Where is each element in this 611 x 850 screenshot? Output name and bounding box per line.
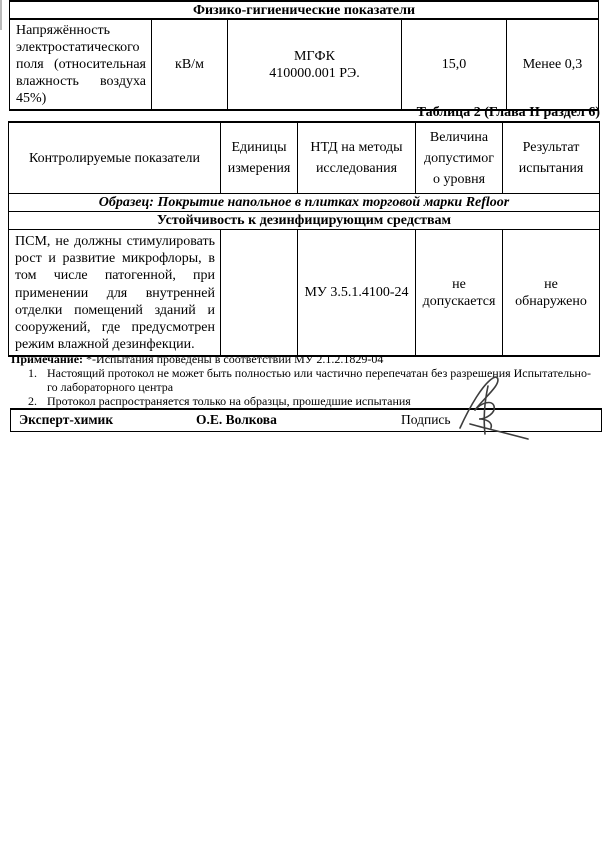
table2-indicator-cell: ПСМ, не должны стимулировать рост и разв… <box>9 230 221 357</box>
table1-indicator-cell: Напряжённость электростатического поля (… <box>10 19 152 110</box>
table2-unit-cell <box>221 230 298 357</box>
signature-label: Подпись <box>401 412 451 428</box>
table1-title-row: Физико-гигиенические показатели <box>10 1 599 19</box>
table2-header-indicators: Контролируемые показатели <box>9 122 221 194</box>
table1-test-result-cell: Менее 0,3 <box>507 19 599 110</box>
table1-title: Физико-гигиенические показатели <box>10 1 599 19</box>
controlled-indicators-table: Контролируемые показатели Единицы измере… <box>8 121 600 357</box>
protocol-document-page: Физико-гигиенические показатели Напряжён… <box>0 0 611 850</box>
sample-description: Образец: Покрытие напольное в плитках то… <box>9 194 600 212</box>
table1-method-cell: МГФК 410000.001 РЭ. <box>228 19 402 110</box>
physico-hygienic-table: Физико-гигиенические показатели Напряжён… <box>9 0 599 111</box>
note-head: Примечание: *-Испытания проведены в соот… <box>11 352 600 366</box>
table2-test-result-cell: не обнаружено <box>503 230 600 357</box>
table1-unit-cell: кВ/м <box>152 19 228 110</box>
table2-method-cell: МУ 3.5.1.4100-24 <box>298 230 416 357</box>
table-row: Напряжённость электростатического поля (… <box>10 19 599 110</box>
note-item-number: 1. <box>28 366 47 394</box>
table2-allowed-value-cell: не допускается <box>416 230 503 357</box>
table1-allowed-value-cell: 15,0 <box>402 19 507 110</box>
table2-header-methods: НТД на методы исследования <box>298 122 416 194</box>
expert-role: Эксперт-химик <box>19 412 113 428</box>
table2-header-row: Контролируемые показатели Единицы измере… <box>9 122 600 194</box>
table-row: ПСМ, не должны стимулировать рост и разв… <box>9 230 600 357</box>
note-label: Примечание: <box>11 352 83 366</box>
sample-row: Образец: Покрытие напольное в плитках то… <box>9 194 600 212</box>
expert-name: О.Е. Волкова <box>196 412 277 428</box>
section-title: Устойчивость к дезинфицирующим средствам <box>9 212 600 230</box>
handwritten-signature <box>448 374 533 442</box>
section-row: Устойчивость к дезинфицирующим средствам <box>9 212 600 230</box>
table2-caption: Таблица 2 (Глава II раздел 6) <box>9 105 600 121</box>
note-item-number: 2. <box>28 394 47 408</box>
note-intro: *-Испытания проведены в соответствии МУ … <box>86 352 383 366</box>
table2-header-allowed: Величина допустимог о уровня <box>416 122 503 194</box>
table2-header-result: Результат испытания <box>503 122 600 194</box>
table2-header-units: Единицы измерения <box>221 122 298 194</box>
scan-edge-artifact <box>0 0 2 30</box>
